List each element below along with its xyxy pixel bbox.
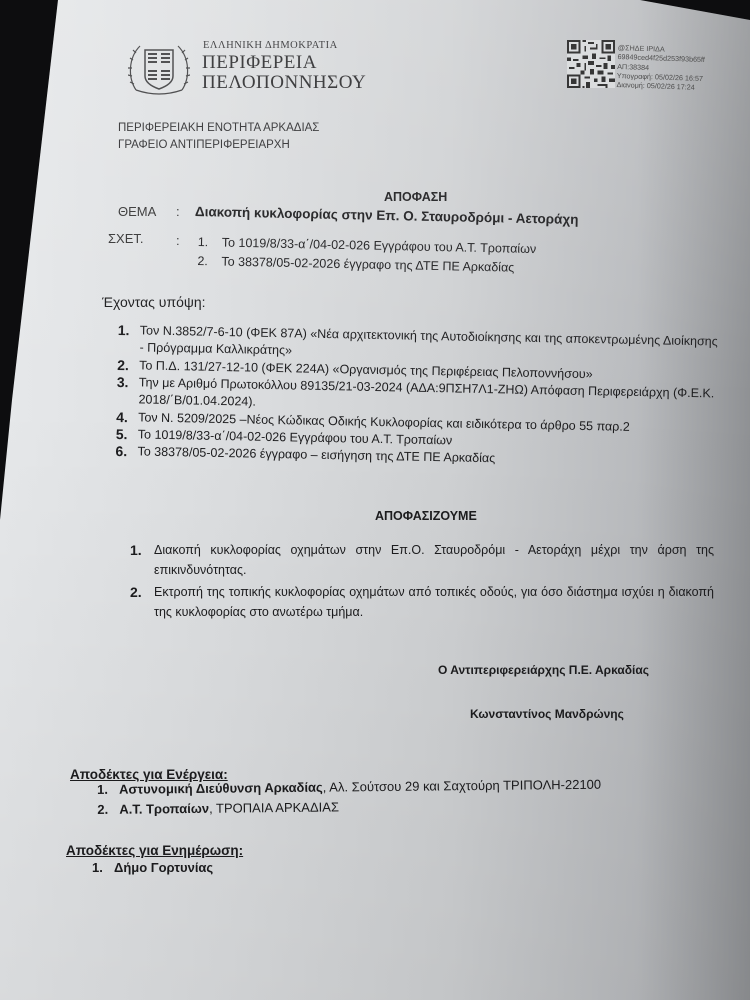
region-name-line2: ΠΕΛΟΠΟΝΝΗΣΟΥ	[202, 72, 366, 94]
related-list: 1.Το 1019/8/33-α΄/04-02-026 Εγγράφου του…	[197, 233, 536, 278]
decisions-list: 1.Διακοπή κυκλοφορίας οχημάτων στην Επ.Ο…	[130, 540, 714, 624]
related-label: ΣΧΕΤ.	[108, 231, 144, 246]
unit-line2: ΓΡΑΦΕΙΟ ΑΝΤΙΠΕΡΙΦΕΡΕΙΑΡΧΗ	[118, 137, 319, 154]
digital-signature-stamp: @ΣΗΔΕ ΙΡΙΔΑ 69849ced4f25d253f93b65ff ΑΠ:…	[616, 43, 705, 93]
decision-item: 2.Εκτροπή της τοπικής κυκλοφορίας οχημάτ…	[130, 582, 714, 622]
recipient-item: 2.Α.Τ. Τροπαίων, ΤΡΟΠΑΙΑ ΑΡΚΑΔΙΑΣ	[97, 795, 601, 820]
considering-label: Έχοντας υπόψη:	[102, 294, 206, 310]
signatory-role: Ο Αντιπεριφερειάρχης Π.Ε. Αρκαδίας	[438, 663, 649, 677]
subject-text: Διακοπή κυκλοφορίας στην Επ. Ο. Σταυροδρ…	[195, 204, 579, 227]
document-page: ΕΛΛΗΝΙΚΗ ΔΗΜΟΚΡΑΤΙΑ ΠΕΡΙΦΕΡΕΙΑ ΠΕΛΟΠΟΝΝΗ…	[0, 0, 750, 1000]
recipient-item: 1.Δήμο Γορτυνίας	[92, 860, 213, 875]
considering-list: 1.Τον Ν.3852/7-6-10 (ΦΕΚ 87Α) «Νέα αρχιτ…	[115, 322, 720, 472]
recipients-info-heading: Αποδέκτες για Ενημέρωση:	[66, 843, 243, 858]
unit-line1: ΠΕΡΙΦΕΡΕΙΑΚΗ ΕΝΟΤΗΤΑ ΑΡΚΑΔΙΑΣ	[118, 120, 319, 137]
decide-heading: ΑΠΟΦΑΣΙΖΟΥΜΕ	[375, 509, 477, 523]
greek-coat-of-arms-icon	[128, 40, 190, 96]
related-colon: :	[176, 233, 180, 248]
decision-item: 1.Διακοπή κυκλοφορίας οχημάτων στην Επ.Ο…	[130, 540, 714, 580]
recipients-action-list: 1.Αστυνομική Διεύθυνση Αρκαδίας, Αλ. Σού…	[97, 775, 601, 820]
qr-code-icon	[567, 40, 615, 88]
region-name-line1: ΠΕΡΙΦΕΡΕΙΑ	[202, 52, 317, 74]
country-name: ΕΛΛΗΝΙΚΗ ΔΗΜΟΚΡΑΤΙΑ	[203, 40, 338, 51]
recipients-info-list: 1.Δήμο Γορτυνίας	[92, 860, 213, 875]
subject-label: ΘΕΜΑ	[118, 204, 156, 219]
stamp-distributed: Διανομή: 05/02/26 17:24	[616, 80, 704, 92]
document-title: ΑΠΟΦΑΣΗ	[384, 190, 447, 204]
signatory-name: Κωνσταντίνος Μανδρώνης	[470, 707, 624, 721]
subject-colon: :	[176, 204, 180, 219]
issuing-unit: ΠΕΡΙΦΕΡΕΙΑΚΗ ΕΝΟΤΗΤΑ ΑΡΚΑΔΙΑΣ ΓΡΑΦΕΙΟ ΑΝ…	[118, 120, 319, 154]
